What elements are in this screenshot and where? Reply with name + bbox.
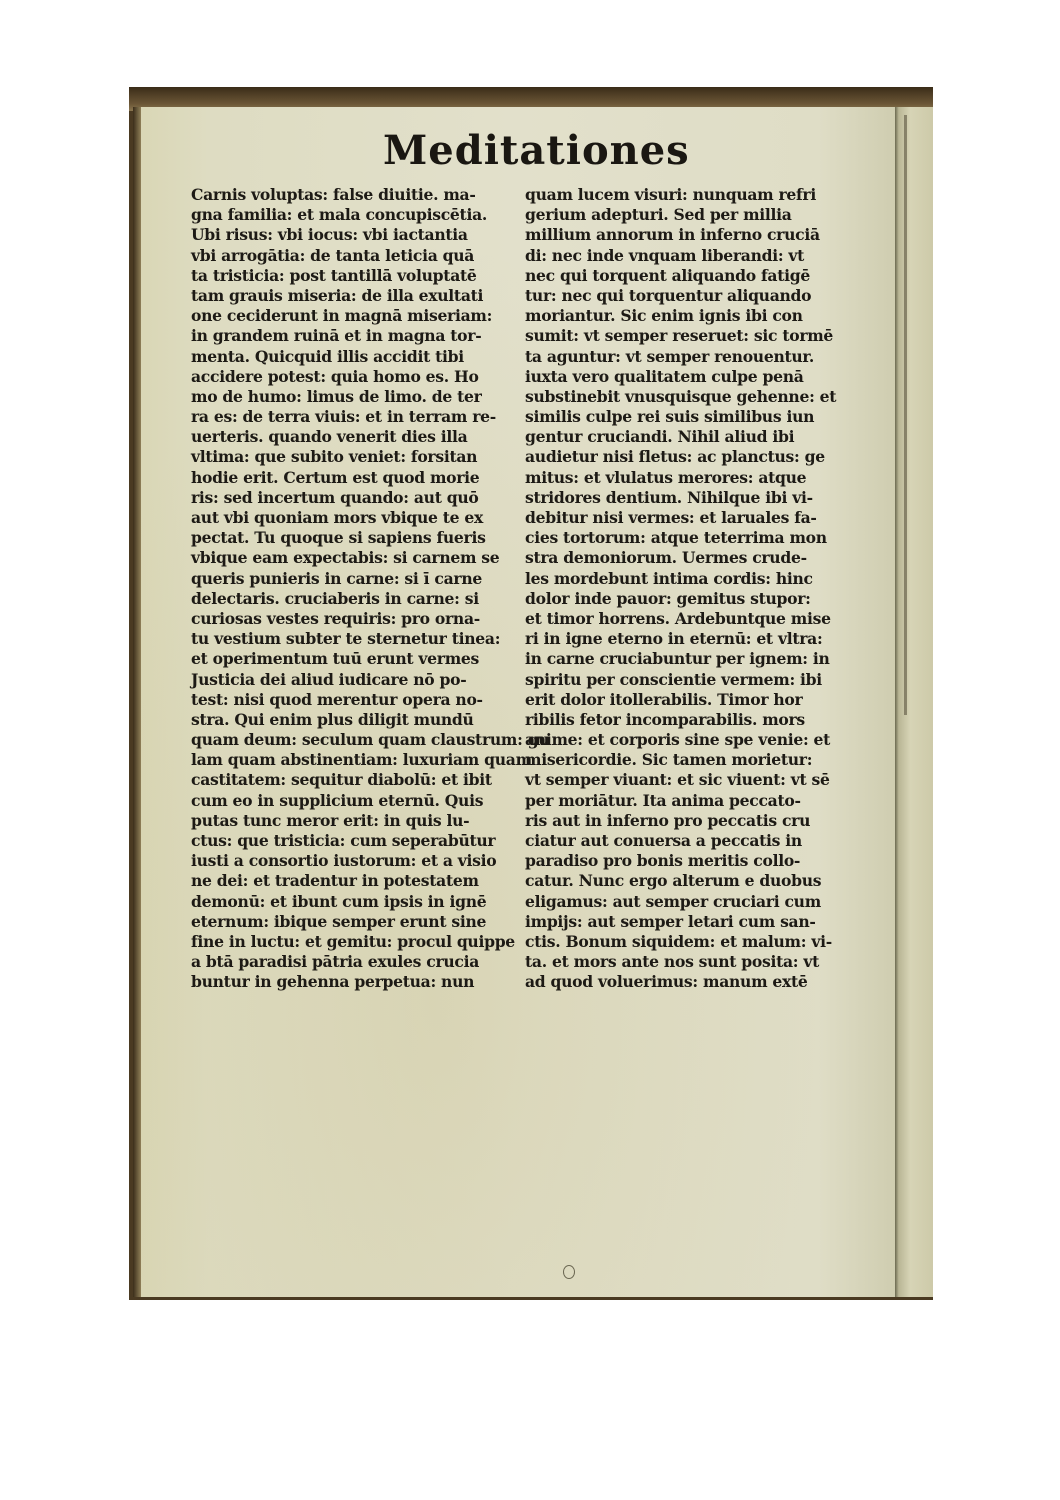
text-line: gentur cruciandi. Nihil aliud ibi	[525, 427, 885, 447]
text-line: curiosas vestes requiris: pro orna-	[191, 609, 536, 629]
text-line: stridores dentium. Nihilque ibi vi-	[525, 488, 885, 508]
text-line: ri in igne eterno in eternū: et vltra:	[525, 629, 885, 649]
text-line: demonū: et ibunt cum ipsis in ignē	[191, 892, 536, 912]
text-line: ta. et mors ante nos sunt posita: vt	[525, 952, 885, 972]
text-line: ribilis fetor incomparabilis. mors	[525, 710, 885, 730]
text-line: in carne cruciabuntur per ignem: in	[525, 649, 885, 669]
text-line: erit dolor itollerabilis. Timor hor	[525, 690, 885, 710]
text-line: per moriātur. Ita anima peccato-	[525, 791, 885, 811]
text-line: sumit: vt semper reseruet: sic tormē	[525, 326, 885, 346]
text-line: spiritu per conscientie vermem: ibi	[525, 670, 885, 690]
text-line: ciatur aut conuersa a peccatis in	[525, 831, 885, 851]
text-line: gna familia: et mala concupiscētia.	[191, 205, 536, 225]
adjacent-page-edge	[895, 107, 933, 1297]
text-line: iusti a consortio iustorum: et a visio	[191, 851, 536, 871]
text-line: catur. Nunc ergo alterum e duobus	[525, 871, 885, 891]
text-line: misericordie. Sic tamen morietur:	[525, 750, 885, 770]
text-column-left: Carnis voluptas: false diuitie. ma-gna f…	[191, 185, 536, 993]
text-line: millium annorum in inferno cruciā	[525, 225, 885, 245]
text-line: fine in luctu: et gemitu: procul quippe	[191, 932, 536, 952]
text-line: cum eo in supplicium eternū. Quis	[191, 791, 536, 811]
text-line: stra demoniorum. Uermes crude-	[525, 548, 885, 568]
text-line: ta tristicia: post tantillā voluptatē	[191, 266, 536, 286]
text-column-right: quam lucem visuri: nunquam refrigerium a…	[525, 185, 885, 993]
text-line: anime: et corporis sine spe venie: et	[525, 730, 885, 750]
text-line: accidere potest: quia homo es. Ho	[191, 367, 536, 387]
text-line: mitus: et vlulatus merores: atque	[525, 468, 885, 488]
book-scan: Meditationes Carnis voluptas: false diui…	[129, 87, 933, 1300]
text-line: ra es: de terra viuis: et in terram re-	[191, 407, 536, 427]
text-line: queris punieris in carne: si ī carne	[191, 569, 536, 589]
text-line: stra. Qui enim plus diligit mundū	[191, 710, 536, 730]
text-line: menta. Quicquid illis accidit tibi	[191, 347, 536, 367]
text-line: et operimentum tuū erunt vermes	[191, 649, 536, 669]
text-line: buntur in gehenna perpetua: nun	[191, 972, 536, 992]
text-line: vbique eam expectabis: si carnem se	[191, 548, 536, 568]
text-line: Ubi risus: vbi iocus: vbi iactantia	[191, 225, 536, 245]
text-line: ris aut in inferno pro peccatis cru	[525, 811, 885, 831]
text-line: in grandem ruinā et in magna tor-	[191, 326, 536, 346]
text-line: test: nisi quod merentur opera no-	[191, 690, 536, 710]
text-line: vltima: que subito veniet: forsitan	[191, 447, 536, 467]
text-line: vt semper viuant: et sic viuent: vt sē	[525, 770, 885, 790]
text-line: iuxta vero qualitatem culpe penā	[525, 367, 885, 387]
text-line: cies tortorum: atque teterrima mon	[525, 528, 885, 548]
text-line: hodie erit. Certum est quod morie	[191, 468, 536, 488]
text-line: ta aguntur: vt semper renouentur.	[525, 347, 885, 367]
text-line: gerium adepturi. Sed per millia	[525, 205, 885, 225]
text-line: uerteris. quando venerit dies illa	[191, 427, 536, 447]
text-line: Carnis voluptas: false diuitie. ma-	[191, 185, 536, 205]
text-line: eternum: ibique semper erunt sine	[191, 912, 536, 932]
text-line: pectat. Tu quoque si sapiens fueris	[191, 528, 536, 548]
text-line: delectaris. cruciaberis in carne: si	[191, 589, 536, 609]
text-line: putas tunc meror erit: in quis lu-	[191, 811, 536, 831]
text-line: di: nec inde vnquam liberandi: vt	[525, 246, 885, 266]
text-line: ad quod voluerimus: manum extē	[525, 972, 885, 992]
text-line: impijs: aut semper letari cum san-	[525, 912, 885, 932]
text-line: tur: nec qui torquentur aliquando	[525, 286, 885, 306]
text-line: mo de humo: limus de limo. de ter	[191, 387, 536, 407]
running-title: Meditationes	[383, 127, 683, 174]
text-line: ne dei: et tradentur in potestatem	[191, 871, 536, 891]
text-line: ctis. Bonum siquidem: et malum: vi-	[525, 932, 885, 952]
text-line: lam quam abstinentiam: luxuriam quam	[191, 750, 536, 770]
folio-mark	[563, 1265, 575, 1279]
text-line: debitur nisi vermes: et laruales fa-	[525, 508, 885, 528]
text-line: one ceciderunt in magnā miseriam:	[191, 306, 536, 326]
text-line: a btā paradisi pātria exules crucia	[191, 952, 536, 972]
text-line: tam grauis miseria: de illa exultati	[191, 286, 536, 306]
text-line: eligamus: aut semper cruciari cum	[525, 892, 885, 912]
text-line: paradiso pro bonis meritis collo-	[525, 851, 885, 871]
text-line: et timor horrens. Ardebuntque mise	[525, 609, 885, 629]
text-line: les mordebunt intima cordis: hinc	[525, 569, 885, 589]
adjacent-page-shadow	[904, 115, 907, 715]
text-line: dolor inde pauor: gemitus stupor:	[525, 589, 885, 609]
book-page: Meditationes Carnis voluptas: false diui…	[133, 107, 895, 1297]
text-line: quam deum: seculum quam claustrum: gu	[191, 730, 536, 750]
text-line: substinebit vnusquisque gehenne: et	[525, 387, 885, 407]
page-gutter-edge	[133, 107, 141, 1297]
text-line: vbi arrogātia: de tanta leticia quā	[191, 246, 536, 266]
text-line: audietur nisi fletus: ac planctus: ge	[525, 447, 885, 467]
text-line: moriantur. Sic enim ignis ibi con	[525, 306, 885, 326]
text-line: ris: sed incertum quando: aut quō	[191, 488, 536, 508]
text-line: tu vestium subter te sternetur tinea:	[191, 629, 536, 649]
text-line: ctus: que tristicia: cum seperabūtur	[191, 831, 536, 851]
text-line: aut vbi quoniam mors vbique te ex	[191, 508, 536, 528]
text-line: castitatem: sequitur diabolū: et ibit	[191, 770, 536, 790]
text-line: Justicia dei aliud iudicare nō po-	[191, 670, 536, 690]
text-line: nec qui torquent aliquando fatigē	[525, 266, 885, 286]
text-line: similis culpe rei suis similibus iun	[525, 407, 885, 427]
text-line: quam lucem visuri: nunquam refri	[525, 185, 885, 205]
